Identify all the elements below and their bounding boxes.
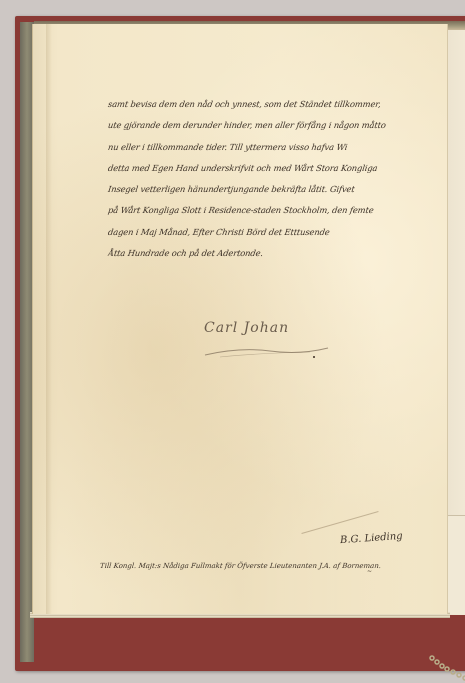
body-line: Åtta Hundrade och på det Adertonde. (107, 243, 410, 264)
body-line: Insegel vetterligen hänundertjungande be… (107, 179, 410, 200)
bookmark-chain (428, 655, 465, 683)
signature-flourish (200, 345, 330, 359)
page-fold-shadow (46, 24, 52, 614)
body-line: ute gjörande dem derunder hinder, men al… (107, 115, 410, 136)
body-line: nu eller i tillkommande tider. Till ytte… (107, 137, 410, 158)
body-line: dagen i Maj Månad, Efter Christi Börd de… (107, 222, 410, 243)
docket-note: Till Kongl. Majt:s Nådiga Fullmakt för Ö… (100, 562, 382, 570)
facing-page-insert (445, 515, 465, 614)
paraph-mark: ~ (367, 568, 372, 575)
royal-signature: Carl Johan (204, 320, 289, 336)
body-line: detta med Egen Hand underskrifvit och me… (107, 158, 410, 179)
body-line: på Wårt Kongliga Slott i Residence-stade… (107, 200, 410, 221)
letter-body: samt bevisa dem den nåd och ynnest, som … (108, 94, 408, 264)
body-line: samt bevisa dem den nåd och ynnest, som … (107, 94, 410, 115)
ink-dot (313, 356, 315, 358)
